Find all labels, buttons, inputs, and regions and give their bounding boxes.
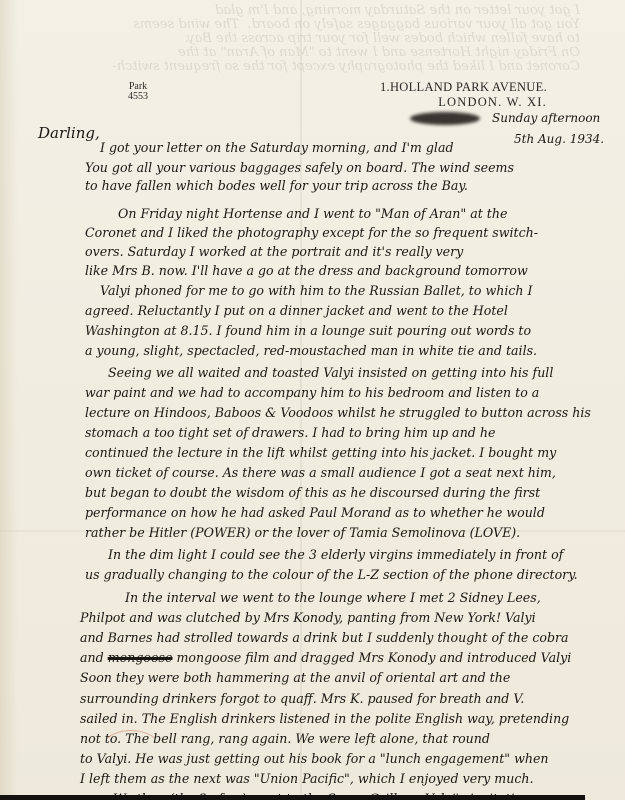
letter-line: and Barnes had strolled towards a drink … [80,630,569,645]
letter-line: performance on how he had asked Paul Mor… [85,505,545,520]
letterhead-address: 1.HOLLAND PARK AVENUE. LONDON. W. XI. [380,80,547,110]
line-text: us gradually changing to the colour of t… [85,567,578,582]
pencil-mark [100,730,162,772]
line-text: performance on how he had asked Paul Mor… [85,505,545,520]
letter-line: like Mrs B. now. I'll have a go at the d… [85,263,528,278]
letter-line: stomach a too tight set of drawers. I ha… [85,425,495,440]
address-line-1: 1.HOLLAND PARK AVENUE. [380,80,547,95]
letter-line: Washington at 8.15. I found him in a lou… [85,323,531,338]
line-text: You got all your various baggages safely… [85,160,514,175]
letter-line: Valyi phoned for me to go with him to th… [100,283,533,298]
salutation: Darling, [38,124,100,142]
line-text: like Mrs B. now. I'll have a go at the d… [85,263,528,278]
line-text: surrounding drinkers forgot to quaff. Mr… [80,691,524,706]
letter-line: but began to doubt the wisdom of this as… [85,485,540,500]
line-text: continued the lecture in the lift whilst… [85,445,556,460]
line-text: lecture on Hindoos, Baboos & Voodoos whi… [85,405,591,420]
address-line-2: LONDON. W. XI. [380,95,547,110]
line-text: I got your letter on the Saturday mornin… [100,140,454,155]
letter-line: Coronet and I liked the photography exce… [85,225,538,240]
line-text: overs. Saturday I worked at the portrait… [85,244,463,259]
letterhead-phone: Park 4553 [128,82,148,102]
letter-line: overs. Saturday I worked at the portrait… [85,244,463,259]
line-text: Soon they were both hammering at the anv… [80,670,510,685]
scan-bottom-edge [0,795,585,800]
line-text: a young, slight, spectacled, red-moustac… [85,343,537,358]
letter-line: surrounding drinkers forgot to quaff. Mr… [80,691,524,706]
letter-page: I got your letter on the Saturday mornin… [0,0,625,800]
letter-line: rather be Hitler (POWER) or the lover of… [85,525,520,540]
line-text: stomach a too tight set of drawers. I ha… [85,425,495,440]
letter-line: Soon they were both hammering at the anv… [80,670,510,685]
letter-line: continued the lecture in the lift whilst… [85,445,556,460]
line-text: sailed in. The English drinkers listened… [80,711,569,726]
letter-line: I got your letter on the Saturday mornin… [100,140,454,155]
line-text: Philpot and was clutched by Mrs Konody, … [80,610,536,625]
letter-line: You got all your various baggages safely… [85,160,514,175]
phone-number: 4553 [128,92,148,102]
line-text: I left them as the next was "Union Pacif… [80,771,534,786]
letter-line: and mongoose mongoose film and dragged M… [80,650,571,665]
letter-line: to have fallen which bodes well for your… [85,178,468,193]
letter-line: a young, slight, spectacled, red-moustac… [85,343,537,358]
line-text: rather be Hitler (POWER) or the lover of… [85,525,520,540]
line-text: Coronet and I liked the photography exce… [85,225,538,240]
line-text: own ticket of course. As there was a sma… [85,465,556,480]
dateline-day: Sunday afternoon [492,111,600,125]
line-text: but began to doubt the wisdom of this as… [85,485,540,500]
letter-line: lecture on Hindoos, Baboos & Voodoos whi… [85,405,591,420]
letter-line: I left them as the next was "Union Pacif… [80,771,534,786]
letter-line: sailed in. The English drinkers listened… [80,711,569,726]
dateline-date: 5th Aug. 1934. [514,132,604,146]
letter-line: agreed. Reluctantly I put on a dinner ja… [85,303,508,318]
line-text: Seeing we all waited and toasted Valyi i… [108,365,553,380]
line-text: In the dim light I could see the 3 elder… [108,547,563,562]
line-text: Valyi phoned for me to go with him to th… [100,283,533,298]
line-text: to have fallen which bodes well for your… [85,178,468,193]
letter-line: On Friday night Hortense and I went to "… [118,206,507,221]
ink-blot-redaction [410,112,480,125]
letter-line: us gradually changing to the colour of t… [85,567,578,582]
line-text: and Barnes had strolled towards a drink … [80,630,569,645]
reverse-side-ink-bleed: I got your letter on the Saturday mornin… [40,4,580,84]
letter-line: In the interval we went to the lounge wh… [125,590,541,605]
line-text: mongoose film and dragged Mrs Konody and… [172,650,571,665]
line-text: On Friday night Hortense and I went to "… [118,206,507,221]
line-text: and [80,650,108,665]
letter-line: own ticket of course. As there was a sma… [85,465,556,480]
struck-word: mongoose [108,650,173,665]
letter-line: In the dim light I could see the 3 elder… [108,547,563,562]
line-text: agreed. Reluctantly I put on a dinner ja… [85,303,508,318]
line-text: In the interval we went to the lounge wh… [125,590,541,605]
letter-line: Seeing we all waited and toasted Valyi i… [108,365,553,380]
letter-line: war paint and we had to accompany him to… [85,385,539,400]
line-text: war paint and we had to accompany him to… [85,385,539,400]
line-text: Washington at 8.15. I found him in a lou… [85,323,531,338]
letter-line: Philpot and was clutched by Mrs Konody, … [80,610,536,625]
